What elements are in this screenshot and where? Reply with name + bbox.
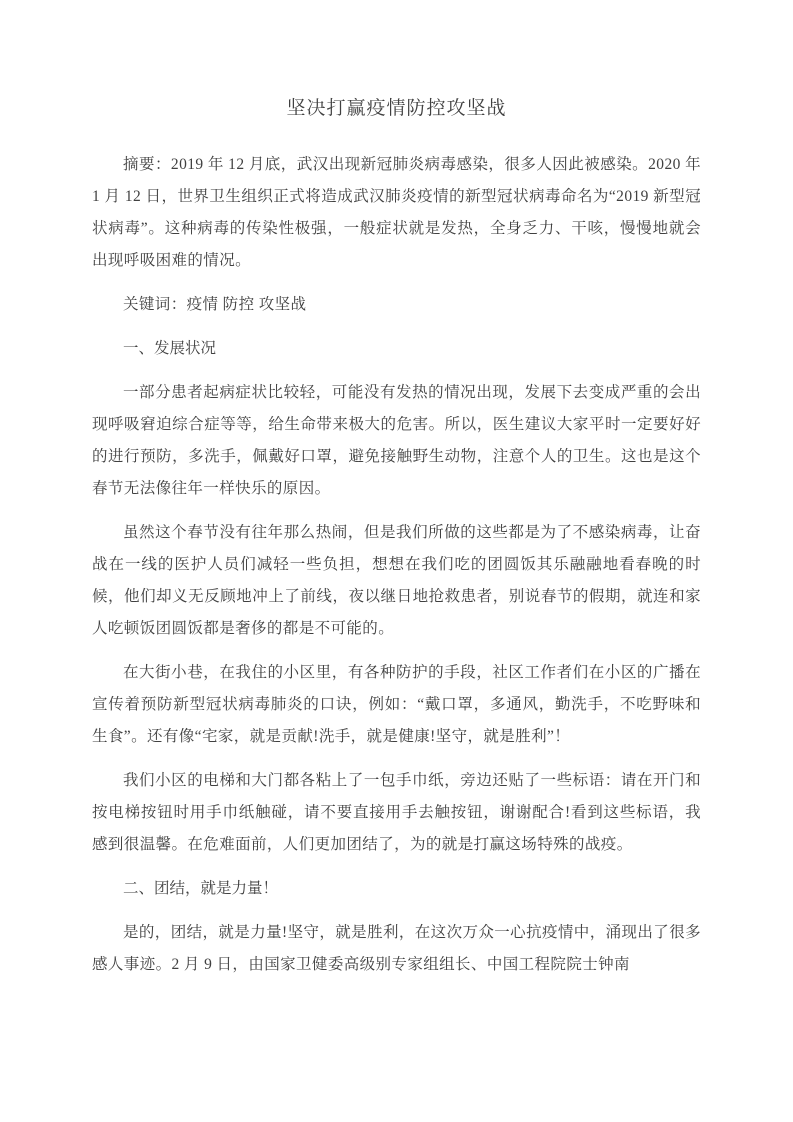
body-paragraph: 是的，团结，就是力量!坚守，就是胜利，在这次万众一心抗疫情中，涌现出了很多感人事…	[92, 917, 701, 981]
body-paragraph: 我们小区的电梯和大门都各粘上了一包手巾纸，旁边还贴了一些标语：请在开门和按电梯按…	[92, 765, 701, 861]
body-paragraph: 虽然这个春节没有往年那么热闹，但是我们所做的这些都是为了不感染病毒，让奋战在一线…	[92, 517, 701, 645]
body-paragraph: 在大街小巷，在我住的小区里，有各种防护的手段，社区工作者们在小区的广播在宣传着预…	[92, 657, 701, 753]
body-paragraph: 一部分患者起病症状比较轻，可能没有发热的情况出现，发展下去变成严重的会出现呼吸窘…	[92, 377, 701, 505]
keywords-line: 关键词：疫情 防控 攻坚战	[92, 289, 701, 321]
section-heading-1: 一、发展状况	[92, 333, 701, 365]
abstract-paragraph: 摘要：2019 年 12 月底，武汉出现新冠肺炎病毒感染，很多人因此被感染。20…	[92, 149, 701, 277]
section-heading-2: 二、团结，就是力量！	[92, 873, 701, 905]
document-title: 坚决打赢疫情防控攻坚战	[92, 94, 701, 124]
document-page: 坚决打赢疫情防控攻坚战 摘要：2019 年 12 月底，武汉出现新冠肺炎病毒感染…	[0, 0, 793, 1122]
document-content: 坚决打赢疫情防控攻坚战 摘要：2019 年 12 月底，武汉出现新冠肺炎病毒感染…	[92, 94, 701, 993]
